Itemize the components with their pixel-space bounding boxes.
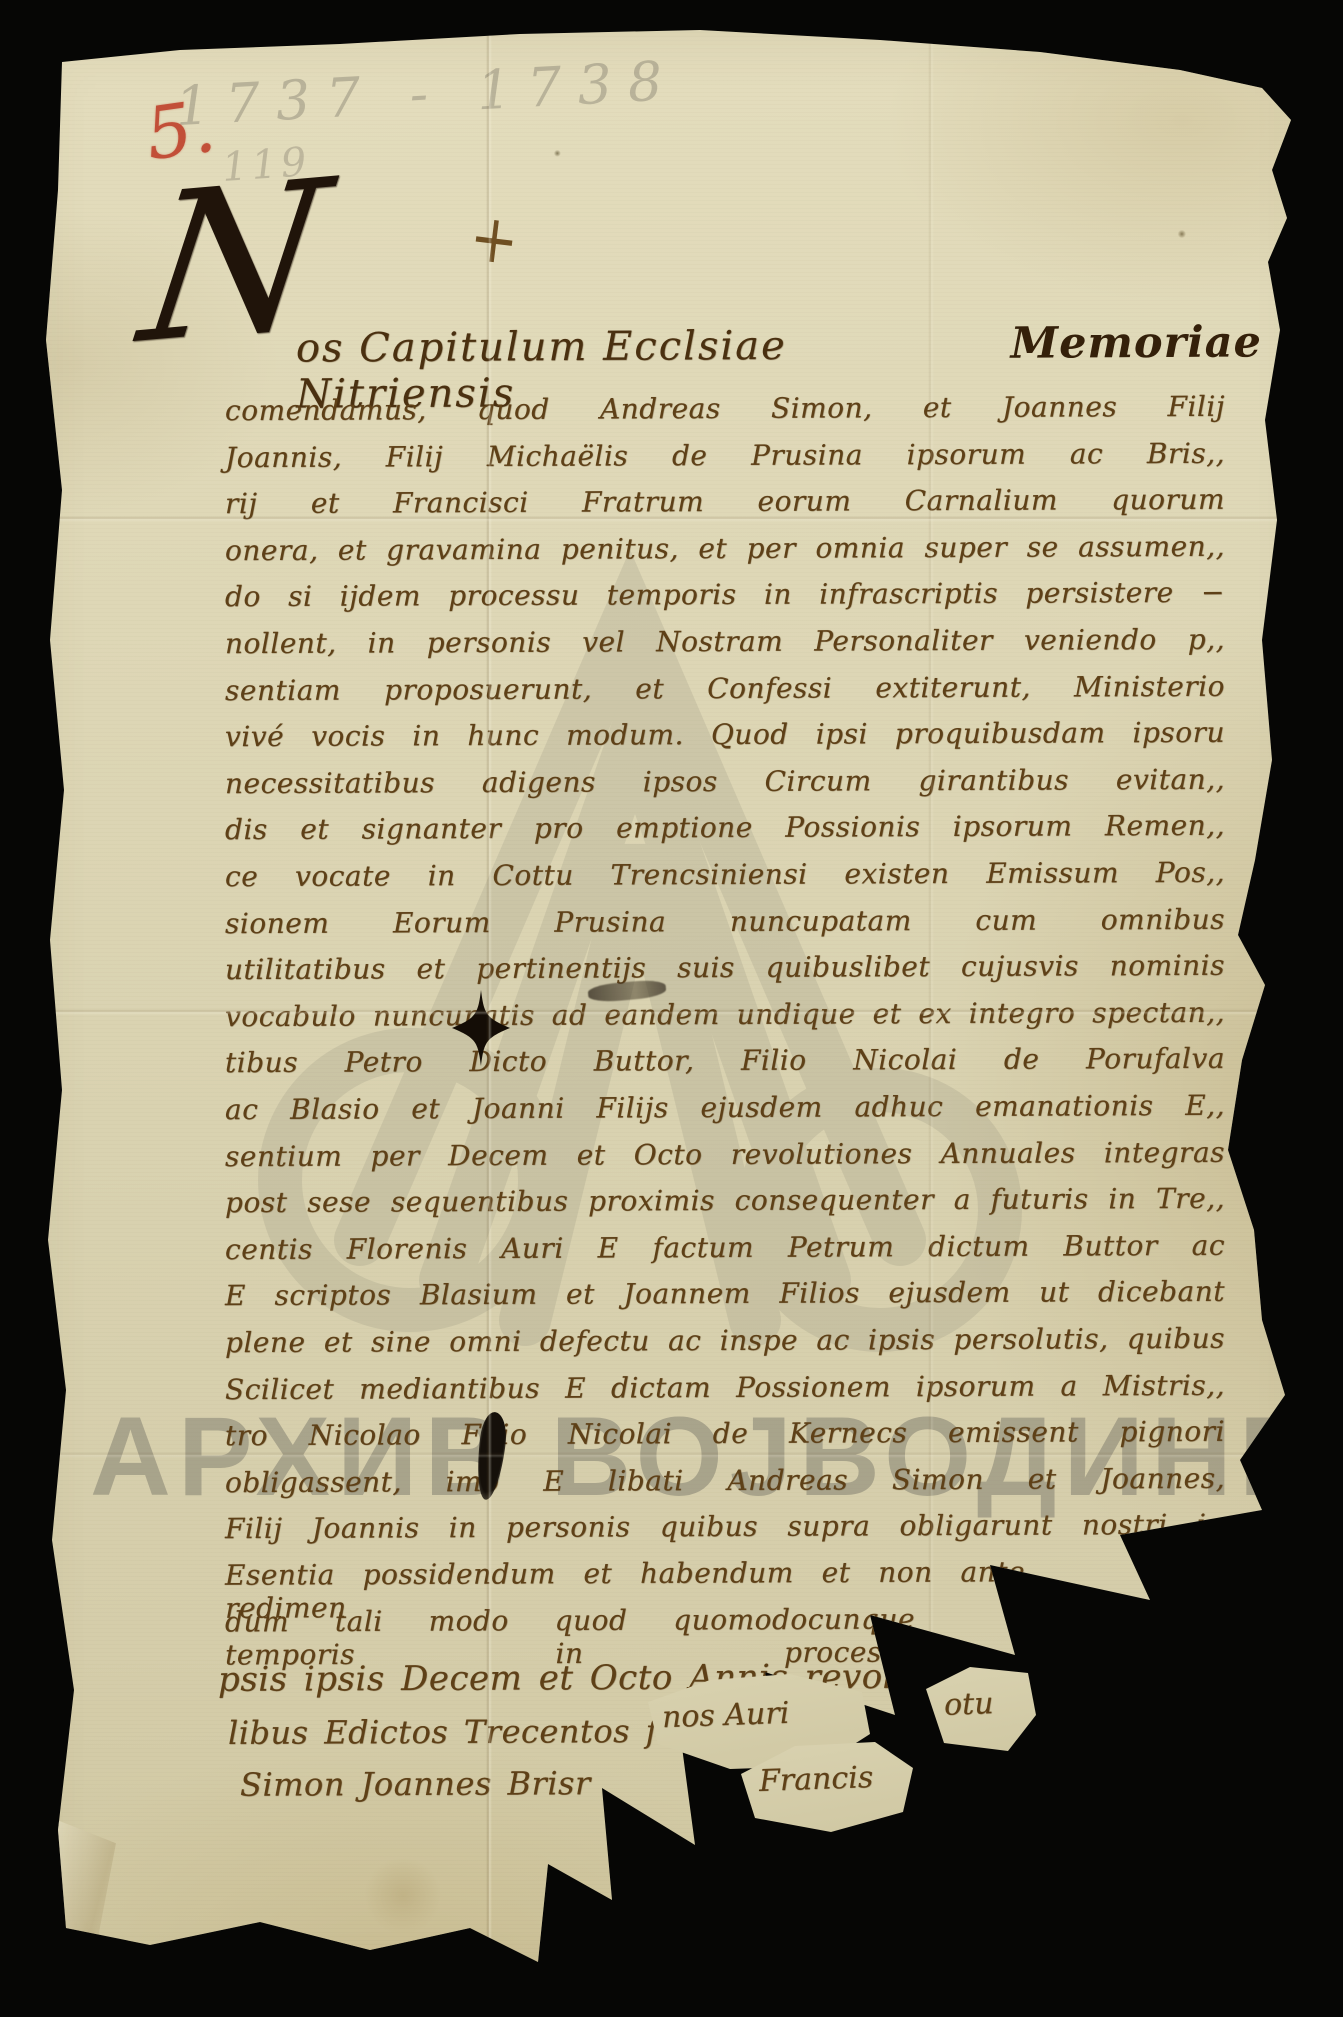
text-line: Scilicet mediantibus E dictam Possionem … [225, 1369, 1225, 1415]
text-line: centis Florenis Auri E factum Petrum dic… [225, 1229, 1225, 1275]
horizontal-fold-crease-2 [40, 1009, 1293, 1015]
ink-smudge [587, 979, 666, 1004]
horizontal-fold-crease-3 [40, 1452, 1293, 1458]
text-line: Joannis, Filij Michaëlis de Prusina ipso… [225, 437, 1225, 483]
text-line: libus Edictos Trecentos f [228, 1712, 658, 1752]
text-line: plene et sine omni defectu ac inspe ac i… [225, 1322, 1225, 1368]
text-line: Simon Joannes Brisr [240, 1764, 591, 1804]
heading-text: os Capitulum Ecclsiae Nitriensis [296, 322, 1011, 418]
ink-blot-star [452, 990, 510, 1066]
text-line: dum tali modo quod quomodocunque tempori… [225, 1602, 915, 1647]
text-line: vivé vocis in hunc modum. Quod ipsi proq… [225, 716, 1225, 762]
archive-vojvodine-emblem-icon [240, 520, 1060, 1380]
horizontal-fold-crease-1 [40, 516, 1293, 522]
text-line: sionem Eorum Prusina nuncupatam cum omni… [225, 903, 1225, 949]
text-line: vocabulo nuncupatis ad eandem undique et… [225, 996, 1225, 1042]
text-line: tibus Petro Dicto Buttor, Filio Nicolai … [225, 1042, 1225, 1088]
text-line: nollent, in personis vel Nostram Persona… [225, 623, 1225, 669]
calligraphic-initial: N [133, 163, 335, 363]
ink-blot-hole [473, 1411, 510, 1502]
text-line: E scriptos Blasium et Joannem Filios eju… [225, 1275, 1225, 1321]
invocation-cross-mark: + [465, 197, 523, 281]
text-line: utilitatibus et pertinentijs suis quibus… [225, 949, 1225, 995]
text-line: dis et signanter pro emptione Possionis … [225, 809, 1225, 855]
fragment-text: Francis [758, 1760, 873, 1799]
text-line: obligassent, imo E libati Andreas Simon … [225, 1462, 1225, 1508]
pencil-number-note: 119 [221, 139, 312, 191]
text-line: do si ijdem processu temporis in infrasc… [225, 576, 1225, 622]
text-line: rij et Francisci Fratrum eorum Carnalium… [225, 483, 1225, 529]
text-line: sentiam proposuerunt, et Confessi extite… [225, 670, 1225, 716]
text-line: ce vocate in Cottu Trencsiniensi existen… [225, 856, 1225, 902]
pencil-date-note: 1737 - 1738 [174, 49, 680, 138]
text-line: Esentia possidendum et habendum et non a… [225, 1555, 1025, 1600]
fragment-text: nos Auri [661, 1696, 789, 1735]
manuscript-photo: АРХИВ ВОЈВОДИНЕ 1737 - 1738 119 5. + N o… [0, 0, 1343, 2017]
fragment-text: otu [943, 1686, 994, 1723]
text-line: post sese sequentibus proximis consequen… [225, 1182, 1225, 1228]
text-line: tro Nicolao Filio Nicolai de Kernecs emi… [225, 1415, 1225, 1461]
manuscript-heading: os Capitulum Ecclsiae Nitriensis Memoria… [296, 317, 1262, 417]
text-line: Filij Joannis in personis quibus supra o… [225, 1508, 1225, 1554]
text-line: onera, et gravamina penitus, et per omni… [225, 530, 1225, 576]
archive-watermark-text: АРХИВ ВОЈВОДИНЕ [90, 1392, 1250, 1521]
red-archival-number: 5. [140, 84, 220, 177]
heading-emphasis: Memoriae [1010, 317, 1262, 368]
vertical-fold-crease [486, 30, 492, 1977]
text-line: ac Blasio et Joanni Filijs ejusdem adhuc… [225, 1089, 1225, 1135]
text-line: sentium per Decem et Octo revolutiones A… [225, 1136, 1225, 1182]
text-line: comendamus, quod Andreas Simon, et Joann… [225, 390, 1225, 436]
text-line: necessitatibus adigens ipsos Circum gira… [225, 763, 1225, 809]
paper-fragment: otu [920, 1663, 1040, 1758]
corner-fold [52, 1818, 116, 1944]
vertical-fold-crease-2 [928, 30, 934, 1977]
